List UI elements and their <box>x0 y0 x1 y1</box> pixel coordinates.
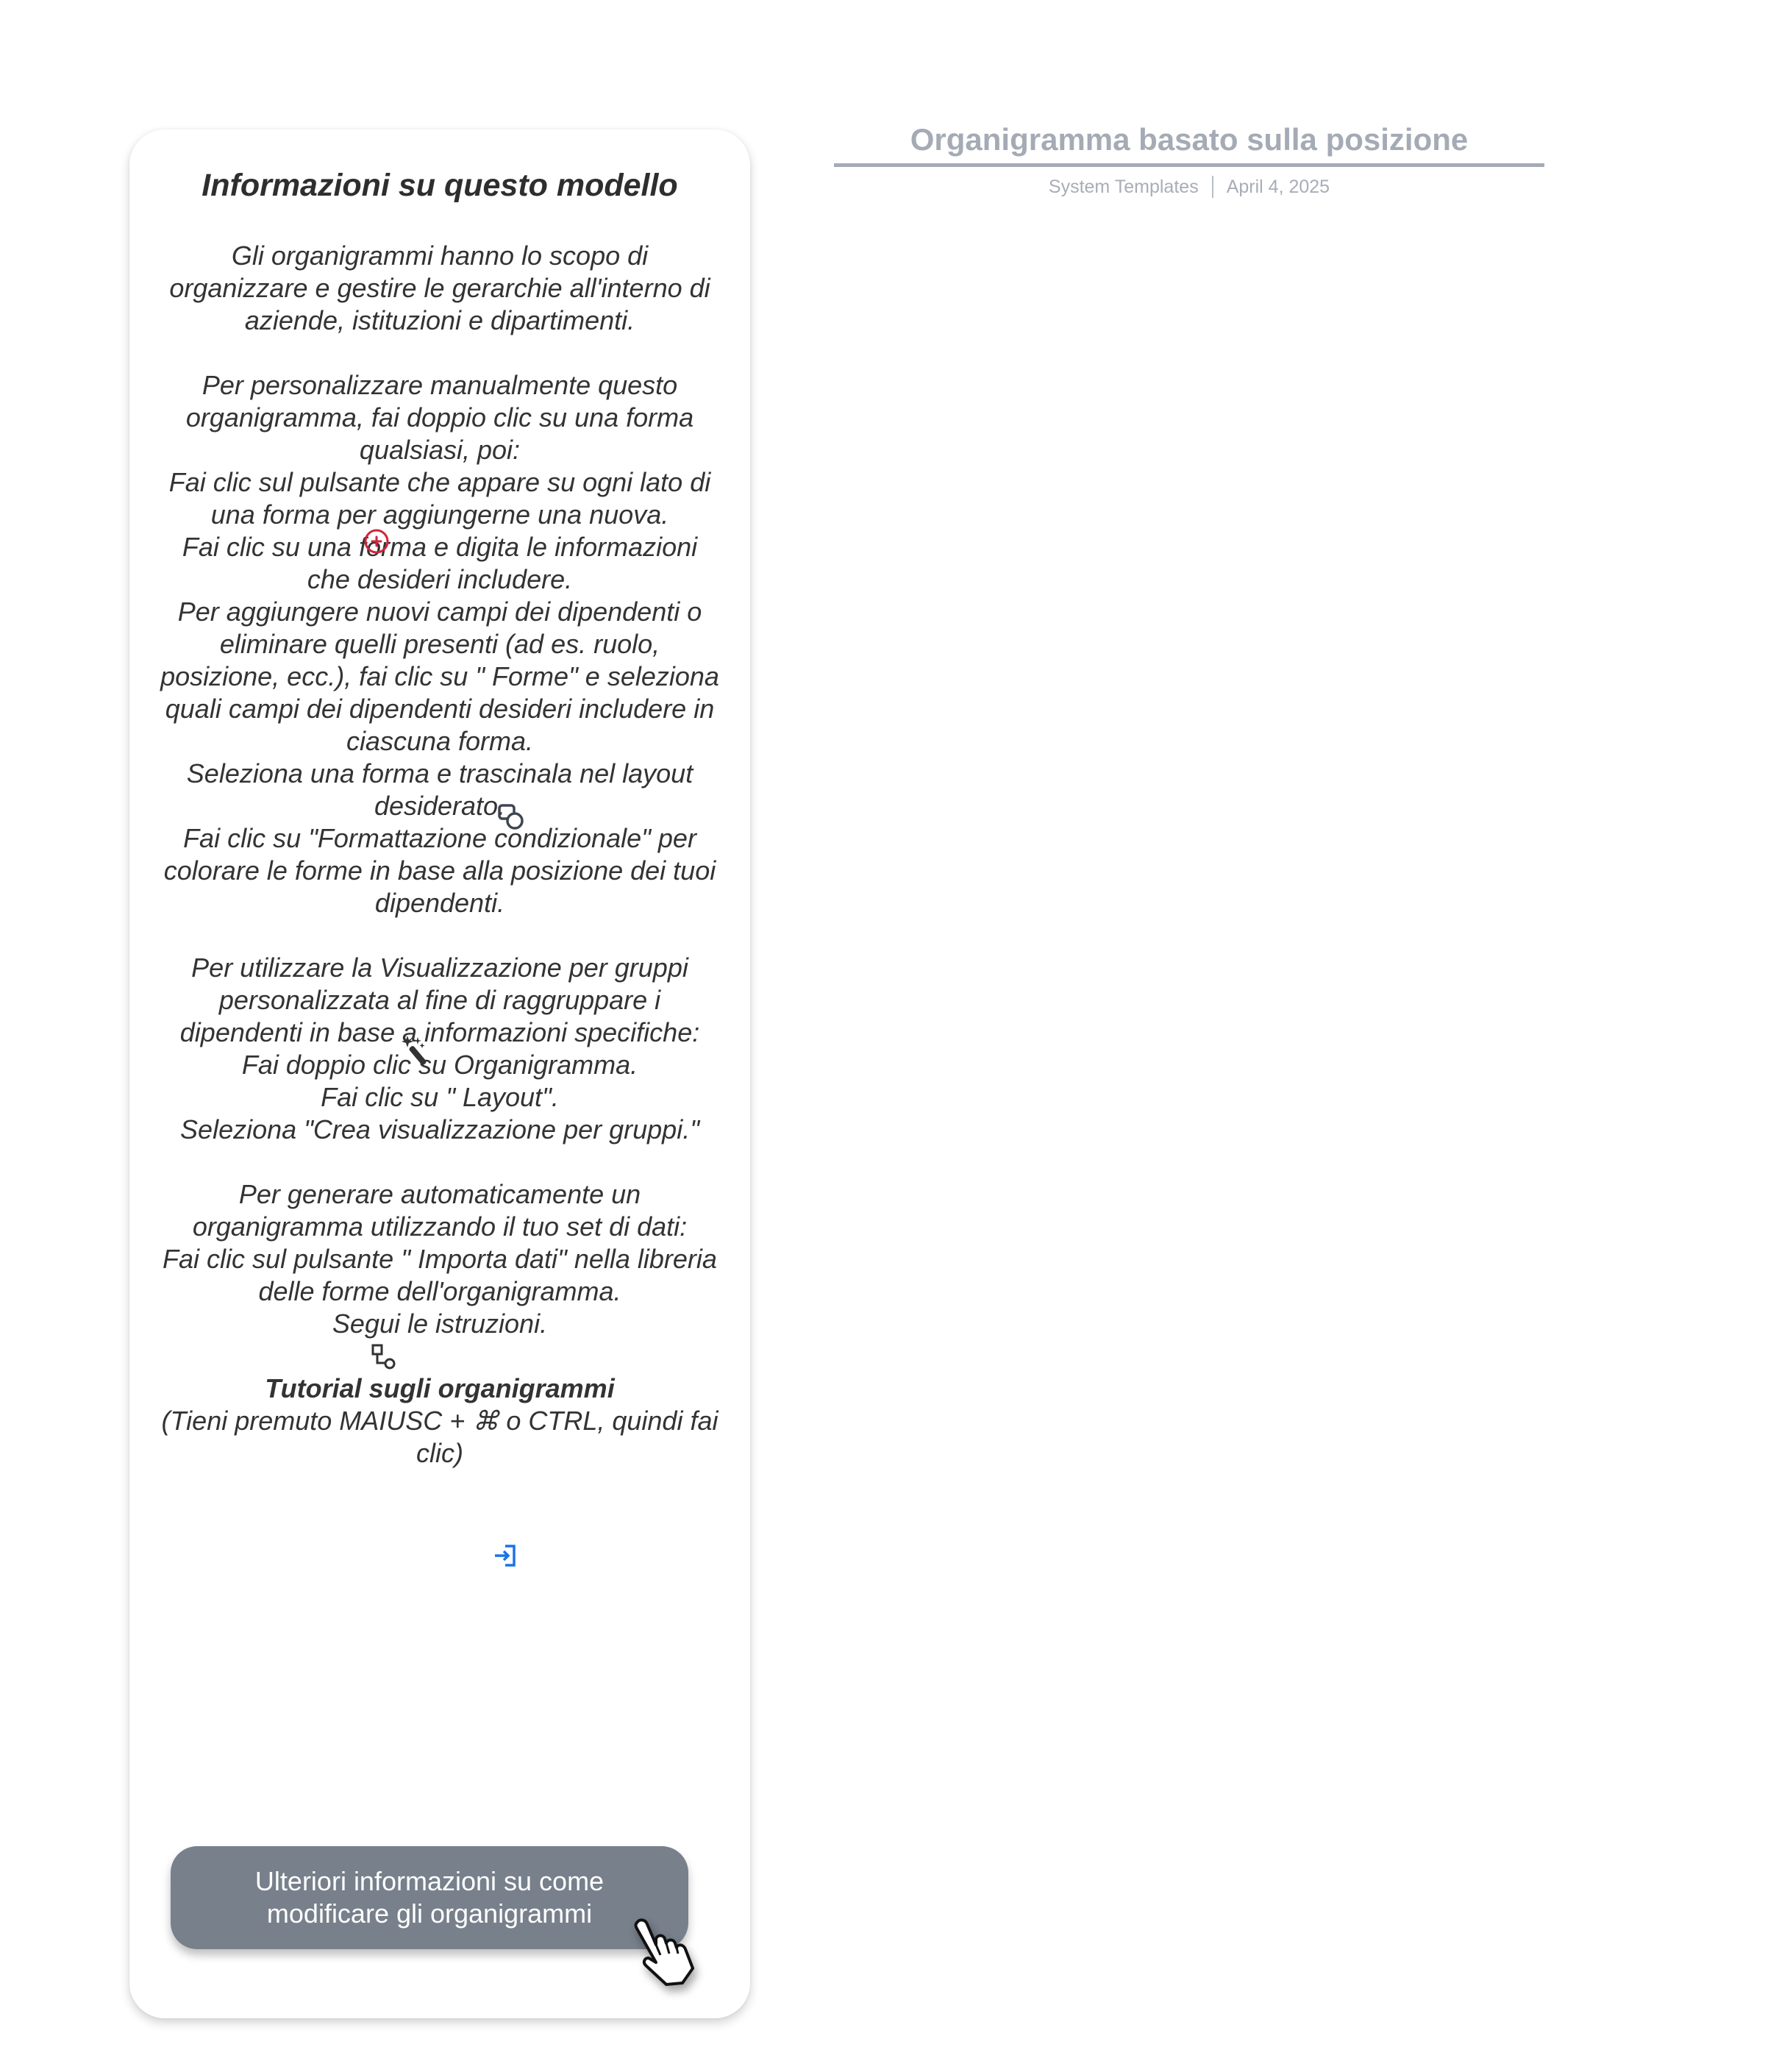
document-source: System Templates <box>1049 177 1199 198</box>
customize-intro: Per personalizzare manualmente questo or… <box>159 369 721 466</box>
step-layout: Fai clic su " Layout". <box>159 1081 721 1114</box>
step-type-info: Fai clic su una forma e digita le inform… <box>159 531 721 596</box>
step-drag: Seleziona una forma e trascinala nel lay… <box>159 758 721 822</box>
tutorial-hint: (Tieni premuto MAIUSC + ⌘ o CTRL, quindi… <box>159 1405 721 1470</box>
template-info-card: Informazioni su questo modello Gli organ… <box>129 129 750 2018</box>
step-create-group-view: Seleziona "Crea visualizzazione per grup… <box>159 1114 721 1146</box>
intro-paragraph: Gli organigrammi hanno lo scopo di organ… <box>159 240 721 337</box>
tutorial-link[interactable]: Tutorial sugli organigrammi <box>159 1373 721 1405</box>
document-date: April 4, 2025 <box>1227 177 1330 198</box>
magic-wand-icon <box>402 1034 434 1067</box>
step-add-shape: Fai clic sul pulsante che appare su ogni… <box>159 466 721 531</box>
import-data-icon <box>371 1343 400 1373</box>
meta-divider <box>1212 176 1213 198</box>
step-follow: Segui le istruzioni. <box>159 1308 721 1340</box>
document-title: Organigramma basato sulla posizione <box>834 118 1544 167</box>
step-import: Fai clic sul pulsante " Importa dati" ne… <box>159 1243 721 1308</box>
import-intro: Per generare automaticamente un organigr… <box>159 1178 721 1243</box>
step-double-click: Fai doppio clic su Organigramma. <box>159 1049 721 1081</box>
document-header: Organigramma basato sulla posizione Syst… <box>834 118 1544 198</box>
open-link-icon[interactable] <box>493 1543 520 1570</box>
step-conditional-format: Fai clic su "Formattazione condizionale"… <box>159 822 721 919</box>
add-circle-icon <box>363 528 390 555</box>
card-title: Informazioni su questo modello <box>129 168 750 204</box>
document-meta: System Templates April 4, 2025 <box>834 176 1544 198</box>
group-view-intro: Per utilizzare la Visualizzazione per gr… <box>159 952 721 1049</box>
shapes-icon <box>497 803 528 831</box>
learn-more-button[interactable]: Ulteriori informazioni su come modificar… <box>171 1846 688 1949</box>
step-fields: Per aggiungere nuovi campi dei dipendent… <box>159 596 721 758</box>
hand-pointer-cursor-icon <box>630 1917 700 1987</box>
card-body: Gli organigrammi hanno lo scopo di organ… <box>159 240 721 1470</box>
learn-more-button-label: Ulteriori informazioni su come modificar… <box>209 1865 650 1930</box>
